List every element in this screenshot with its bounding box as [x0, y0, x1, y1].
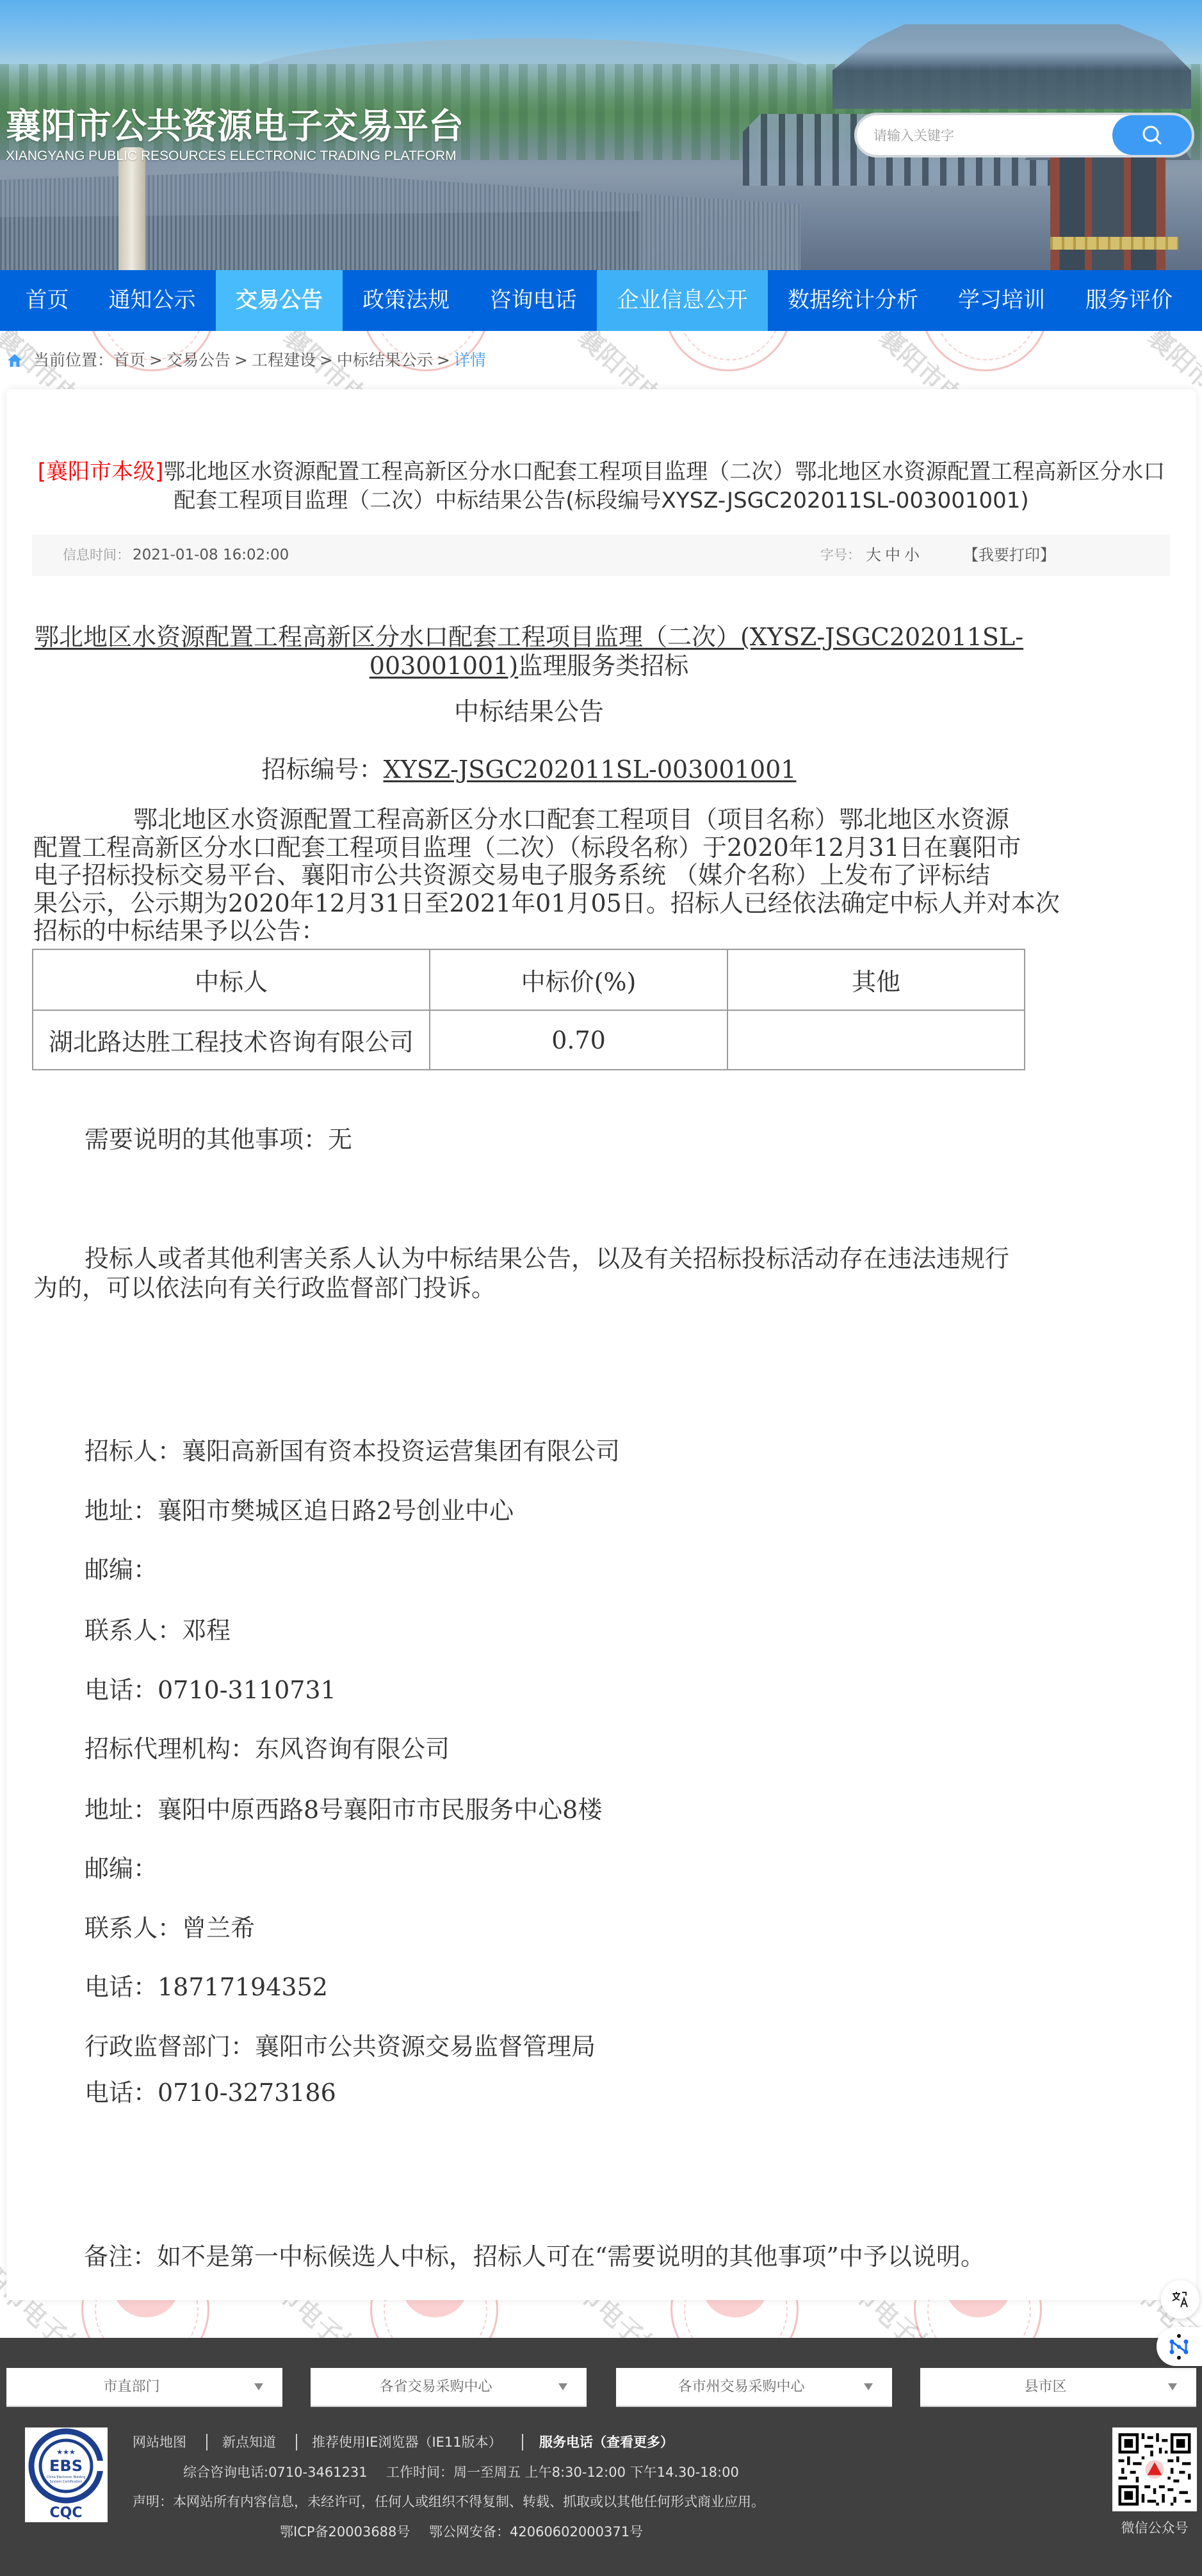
assistant-button[interactable]: [1157, 2327, 1202, 2366]
nav-item-trade-announcements[interactable]: 交易公告: [216, 270, 343, 331]
bid-number-value: XYSZ-JSGC202011SL-003001001: [384, 755, 797, 784]
intro-line: 配置工程高新区分水口配套工程项目监理（二次）（标段名称）于2020年12月31日…: [33, 833, 1021, 862]
article-title-line-2: 配套工程项目监理（二次）中标结果公告(标段编号XYSZ-JSGC202011SL…: [6, 487, 1196, 515]
divider: [296, 2434, 297, 2451]
complaint-line: 投标人或者其他利害关系人认为中标结果公告，以及有关招标投标活动存在违法违规行: [85, 1244, 1009, 1273]
banner-pillar: [118, 147, 145, 270]
banner-pavilion: [1050, 147, 1165, 270]
result-announcement-heading: 中标结果公告: [33, 698, 1025, 727]
agency-contact: 联系人：曾兰希: [85, 1914, 255, 1943]
search-input[interactable]: [872, 115, 1112, 156]
site-subtitle: XIANGYANG PUBLIC RESOURCES ELECTRONIC TR…: [6, 149, 464, 164]
agency-phone: 电话：18717194352: [85, 1973, 328, 2002]
breadcrumb-item-home[interactable]: 首页: [113, 351, 145, 369]
intro-line: 果公示，公示期为2020年12月31日至2021年01月05日。招标人已经依法确…: [33, 889, 1060, 918]
search-box: [854, 113, 1194, 157]
nav-item-statistics[interactable]: 数据统计分析: [768, 270, 938, 331]
region-tag: [襄阳市本级]: [38, 459, 164, 485]
footer: 市直部门 各省交易采购中心 各市州交易采购中心 县市区 ★★★ EBS Chin…: [0, 2338, 1202, 2576]
body-heading-line-1: 鄂北地区水资源配置工程高新区分水口配套工程项目监理（二次）(XYSZ-JSGC2…: [33, 623, 1025, 652]
breadcrumb-item-award-results[interactable]: 中标结果公示: [337, 351, 433, 369]
logo-sub2: System Certification: [50, 2480, 83, 2484]
body-heading-line-2: 003001001)监理服务类招标: [33, 652, 1025, 680]
breadcrumb-separator: >: [437, 351, 450, 369]
nav-item-enterprise-info[interactable]: 企业信息公开: [597, 270, 768, 331]
network-assistant-icon: [1168, 2334, 1190, 2360]
table-cell-winner: 湖北路达胜工程技术咨询有限公司: [33, 1010, 430, 1070]
complaint-line: 为的，可以依法向有关行政监督部门投诉。: [33, 1274, 496, 1303]
bid-number-label: 招标编号：: [262, 755, 384, 784]
font-size-medium[interactable]: 中: [885, 535, 900, 576]
divider: [206, 2434, 207, 2451]
agency: 招标代理机构：东风咨询有限公司: [85, 1735, 450, 1764]
intro-line: 招标的中标结果予以公告：: [33, 917, 325, 946]
footer-police-record[interactable]: 鄂公网安备：42060602000371号: [429, 2522, 643, 2541]
article-title-text: 鄂北地区水资源配置工程高新区分水口配套工程项目监理（二次）鄂北地区水资源配置工程…: [163, 459, 1165, 485]
logo-main: EBS: [49, 2457, 83, 2475]
award-result-table: 中标人 中标价(%) 其他 湖北路达胜工程技术咨询有限公司 0.70: [32, 949, 1025, 1070]
info-bar: 信息时间： 2021-01-08 16:02:00 字号： 大 中 小 【我要打…: [32, 535, 1170, 576]
select-city-departments[interactable]: 市直部门: [6, 2368, 282, 2407]
font-size-small[interactable]: 小: [904, 535, 920, 576]
footer-working-hours: 工作时间：周一至周五 上午8:30-12:00 下午14.30-18:00: [386, 2463, 739, 2482]
translate-icon: [1171, 2290, 1190, 2309]
supervision-phone: 电话：0710-3273186: [85, 2079, 336, 2107]
table-header-price: 中标价(%): [430, 949, 727, 1010]
table-header-winner: 中标人: [33, 949, 430, 1010]
agency-address: 地址：襄阳中原西路8号襄阳市市民服务中心8楼: [85, 1796, 602, 1824]
seal-watermark: [664, 331, 792, 371]
logo-bottom: CQC: [50, 2505, 83, 2521]
select-provincial-centers[interactable]: 各省交易采购中心: [311, 2368, 587, 2407]
agency-postcode: 邮编：: [85, 1855, 158, 1883]
nav-item-notices[interactable]: 通知公示: [88, 270, 216, 331]
ebs-cqc-logo: ★★★ EBS China Electronic Bidding System …: [25, 2427, 108, 2522]
article-title-line-1: [襄阳市本级]鄂北地区水资源配置工程高新区分水口配套工程项目监理（二次）鄂北地区…: [6, 458, 1196, 487]
table-cell-price: 0.70: [430, 1010, 727, 1070]
footer-link-browser[interactable]: 推荐使用IE浏览器（IE11版本）: [312, 2433, 502, 2452]
banner-palace: [832, 13, 1191, 109]
translate-button[interactable]: [1161, 2280, 1199, 2319]
print-button[interactable]: 【我要打印】: [963, 535, 1055, 576]
font-size-large[interactable]: 大: [866, 535, 881, 576]
breadcrumb-item-trade-announcements[interactable]: 交易公告: [166, 351, 231, 369]
publish-time-label: 信息时间：: [63, 535, 130, 576]
breadcrumb: 当前位置：首页>交易公告>工程建设>中标结果公示>详情: [33, 351, 486, 370]
site-title: 襄阳市公共资源电子交易平台: [6, 107, 464, 145]
footer-icp[interactable]: 鄂ICP备20003688号: [280, 2522, 410, 2541]
footer-consult-phone: 综合咨询电话:0710-3461231: [183, 2463, 368, 2482]
qr-code-icon: [1112, 2427, 1197, 2511]
table-cell-other: [727, 1010, 1025, 1070]
footer-link-knowledge[interactable]: 新点知道: [222, 2433, 276, 2452]
font-size-label: 字号：: [820, 535, 861, 576]
select-label: 各省交易采购中心: [311, 2368, 561, 2406]
dropdown-arrow-icon: [558, 2383, 567, 2390]
divider: [522, 2434, 523, 2451]
intro-line: 电子招标投标交易平台、襄阳市公共资源交易电子服务系统 （媒介名称）上发布了评标结: [33, 861, 990, 890]
tender-category: 监理服务类招标: [518, 652, 688, 680]
breadcrumb-separator: >: [320, 351, 333, 369]
project-name-link: 鄂北地区水资源配置工程高新区分水口配套工程项目监理（二次）(XYSZ-JSGC2…: [35, 623, 1023, 651]
certification-badge-icon: ★★★ EBS China Electronic Bidding System …: [25, 2427, 108, 2522]
remark-note: 备注：如不是第一中标候选人中标，招标人可在“需要说明的其他事项”中予以说明。: [84, 2242, 985, 2271]
header-banner: 襄阳市公共资源电子交易平台 XIANGYANG PUBLIC RESOURCES…: [0, 0, 1202, 270]
table-row: 湖北路达胜工程技术咨询有限公司 0.70: [33, 1010, 1025, 1070]
table-header-other: 其他: [727, 949, 1025, 1010]
qr-label: 微信公众号: [1112, 2518, 1197, 2538]
publish-time-value: 2021-01-08 16:02:00: [133, 535, 289, 576]
search-icon: [1141, 124, 1163, 146]
nav-item-home[interactable]: 首页: [6, 270, 88, 331]
project-code-underlined: 003001001): [370, 652, 518, 680]
logo-stars: ★★★: [56, 2448, 76, 2456]
tenderer-contact: 联系人：邓程: [85, 1616, 231, 1645]
breadcrumb-item-construction[interactable]: 工程建设: [252, 351, 316, 369]
main-nav: 首页 通知公示 交易公告 政策法规 咨询电话 企业信息公开 数据统计分析 学习培…: [0, 270, 1202, 331]
tenderer-postcode: 邮编：: [85, 1556, 158, 1584]
select-municipal-centers[interactable]: 各市州交易采购中心: [616, 2368, 892, 2407]
logo-sub1: China Electronic Bidding: [46, 2475, 85, 2479]
intro-line: 鄂北地区水资源配置工程高新区分水口配套工程项目（项目名称）鄂北地区水资源: [133, 805, 1009, 834]
select-label: 各市州交易采购中心: [616, 2368, 866, 2406]
tenderer-address: 地址：襄阳市樊城区追日路2号创业中心: [85, 1497, 514, 1525]
other-matters: 需要说明的其他事项：无: [85, 1125, 352, 1154]
banner-railing: [1050, 237, 1178, 250]
footer-statement: 声明：本网站所有内容信息，未经许可，任何人或组织不得复制、转载、抓取或以其他任何…: [133, 2492, 765, 2511]
nav-item-hotline[interactable]: 咨询电话: [469, 270, 597, 331]
nav-item-training[interactable]: 学习培训: [938, 270, 1065, 331]
footer-link-sitemap[interactable]: 网站地图: [133, 2433, 186, 2452]
banner-roof-front: [0, 211, 640, 270]
dropdown-arrow-icon: [254, 2383, 263, 2390]
select-counties[interactable]: 县市区: [920, 2368, 1196, 2407]
footer-link-service-phone[interactable]: 服务电话（查看更多）: [539, 2433, 674, 2452]
dropdown-arrow-icon: [1168, 2383, 1177, 2390]
breadcrumb-separator: >: [234, 351, 248, 369]
dropdown-arrow-icon: [864, 2383, 873, 2390]
breadcrumb-label: 当前位置：: [33, 351, 113, 369]
breadcrumb-item-current: 详情: [454, 351, 486, 369]
select-label: 市直部门: [6, 2368, 257, 2406]
wechat-qr-code: [1112, 2427, 1197, 2511]
tenderer: 招标人：襄阳高新国有资本投资运营集团有限公司: [85, 1437, 620, 1466]
nav-item-service-rating[interactable]: 服务评价: [1065, 270, 1193, 331]
tenderer-phone: 电话：0710-3110731: [85, 1676, 336, 1705]
breadcrumb-separator: >: [149, 351, 163, 369]
bid-number-line: 招标编号：XYSZ-JSGC202011SL-003001001: [33, 755, 1025, 784]
select-label: 县市区: [920, 2368, 1171, 2406]
search-button[interactable]: [1112, 115, 1192, 155]
nav-item-policies[interactable]: 政策法规: [343, 270, 469, 331]
article-card: [襄阳市本级]鄂北地区水资源配置工程高新区分水口配套工程项目监理（二次）鄂北地区…: [6, 389, 1196, 2300]
table-header-row: 中标人 中标价(%) 其他: [33, 949, 1025, 1010]
home-icon: [7, 353, 22, 368]
supervision-dept: 行政监督部门：襄阳市公共资源交易监督管理局: [85, 2033, 596, 2061]
